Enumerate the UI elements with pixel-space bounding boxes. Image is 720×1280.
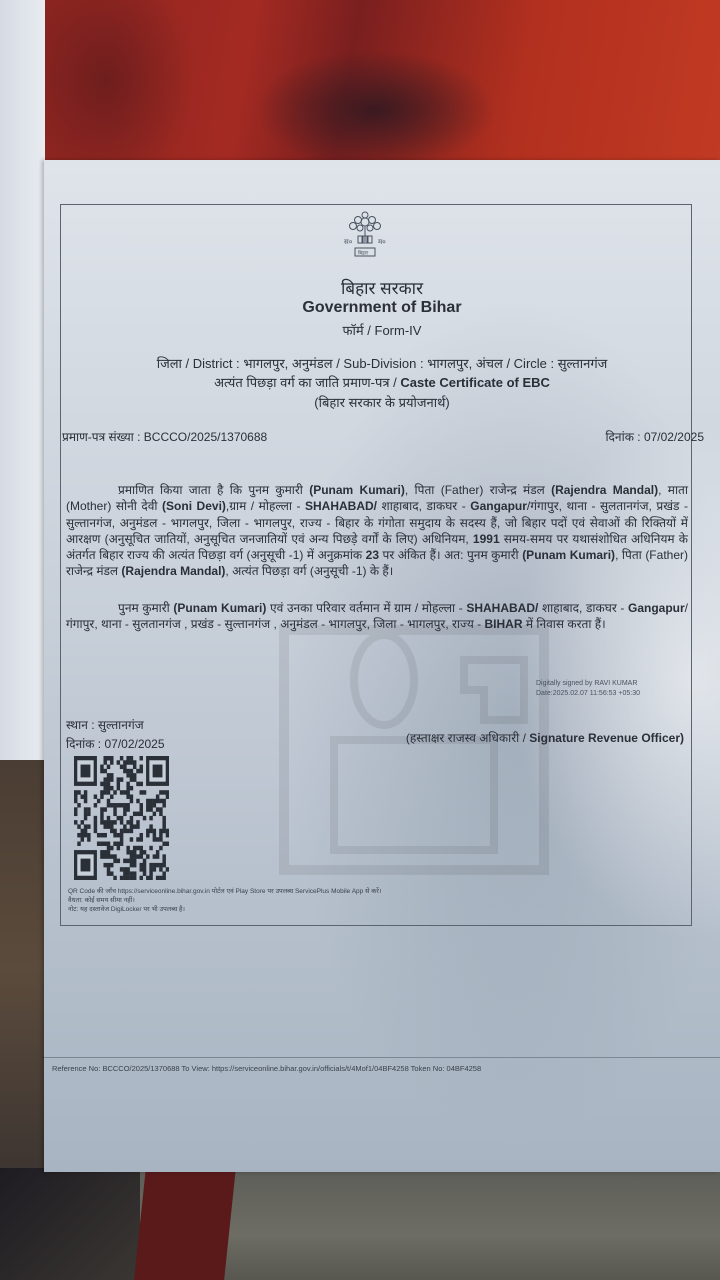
officer-english: Signature Revenue Officer) — [529, 731, 684, 745]
circle-value: सुल्तानगंज — [558, 356, 608, 371]
district-label: जिला / District : — [157, 356, 240, 371]
title-hindi: बिहार सरकार — [44, 276, 720, 299]
certificate-number: प्रमाण-पत्र संख्या : BCCCO/2025/1370688 — [62, 428, 267, 445]
certificate-type-english: Caste Certificate of EBC — [400, 375, 550, 390]
qr-note-line-1: QR Code की जाँच https://serviceonline.bi… — [68, 887, 381, 896]
digital-signature-date: Date:2025.02.07 11:56:53 +05:30 — [536, 689, 640, 699]
form-number: फॉर्म / Form-IV — [44, 321, 720, 339]
place: स्थान : सुल्तानगंज — [66, 716, 144, 733]
qr-note-line-2: वैधता: कोई समय सीमा नहीं। — [68, 896, 381, 905]
bihar-emblem-watermark-icon — [274, 620, 554, 880]
subdivision-label: अनुमंडल / Sub-Division : — [292, 356, 424, 371]
circle-label: अंचल / Circle : — [476, 356, 554, 371]
background-shadow — [0, 1168, 140, 1280]
svg-text:म०: म० — [378, 239, 386, 246]
location-line: जिला / District : भागलपुर, अनुमंडल / Sub… — [44, 354, 720, 372]
residence-paragraph: पुनम कुमारी (Punam Kumari) एवं उनका परिव… — [66, 600, 688, 633]
certificate-number-value: BCCCO/2025/1370688 — [144, 430, 267, 444]
certificate-date: दिनांक : 07/02/2025 — [605, 428, 704, 445]
qr-code-icon[interactable] — [74, 756, 169, 880]
svg-text:स०: स० — [344, 239, 353, 246]
subdivision-value: भागलपुर, — [427, 356, 472, 371]
district-value: भागलपुर, — [243, 356, 288, 371]
certificate-number-label: प्रमाण-पत्र संख्या : — [62, 430, 140, 444]
title-english: Government of Bihar — [44, 299, 720, 317]
footer-divider — [44, 1057, 720, 1058]
digital-signature-signer: Digitally signed by RAVI KUMAR — [536, 679, 640, 689]
officer-hindi: (हस्ताक्षर राजस्व अधिकारी / — [406, 731, 529, 745]
certificate-date-label: दिनांक : — [605, 430, 640, 444]
qr-note-line-3: नोट: यह दस्तावेज DigiLocker पर भी उपलब्ध… — [68, 905, 381, 914]
certificate-purpose: (बिहार सरकार के प्रयोजनार्थ) — [44, 393, 720, 411]
certificate-type: अत्यंत पिछड़ा वर्ग का जाति प्रमाण-पत्र /… — [44, 373, 720, 391]
svg-text:बिहार: बिहार — [358, 250, 369, 257]
certification-paragraph: प्रमाणित किया जाता है कि पुनम कुमारी (Pu… — [66, 482, 688, 580]
digital-signature: Digitally signed by RAVI KUMAR Date:2025… — [536, 679, 640, 699]
certificate-paper: स० म० बिहार बिहार सरकार Government of Bi… — [44, 160, 720, 1172]
background-wall — [0, 0, 45, 760]
certificate-type-hindi: अत्यंत पिछड़ा वर्ग का जाति प्रमाण-पत्र / — [214, 375, 397, 390]
background-red-strip — [134, 1168, 236, 1280]
certificate-date-value: 07/02/2025 — [644, 430, 704, 444]
signature-officer: (हस्ताक्षर राजस्व अधिकारी / Signature Re… — [406, 729, 684, 746]
signature-date: दिनांक : 07/02/2025 — [66, 735, 165, 752]
footer-reference: Reference No: BCCCO/2025/1370688 To View… — [52, 1064, 481, 1073]
background-red-cloth — [45, 0, 720, 165]
qr-verification-note: QR Code की जाँच https://serviceonline.bi… — [68, 887, 381, 914]
bihar-government-emblem-icon: स० म० बिहार — [338, 210, 392, 262]
